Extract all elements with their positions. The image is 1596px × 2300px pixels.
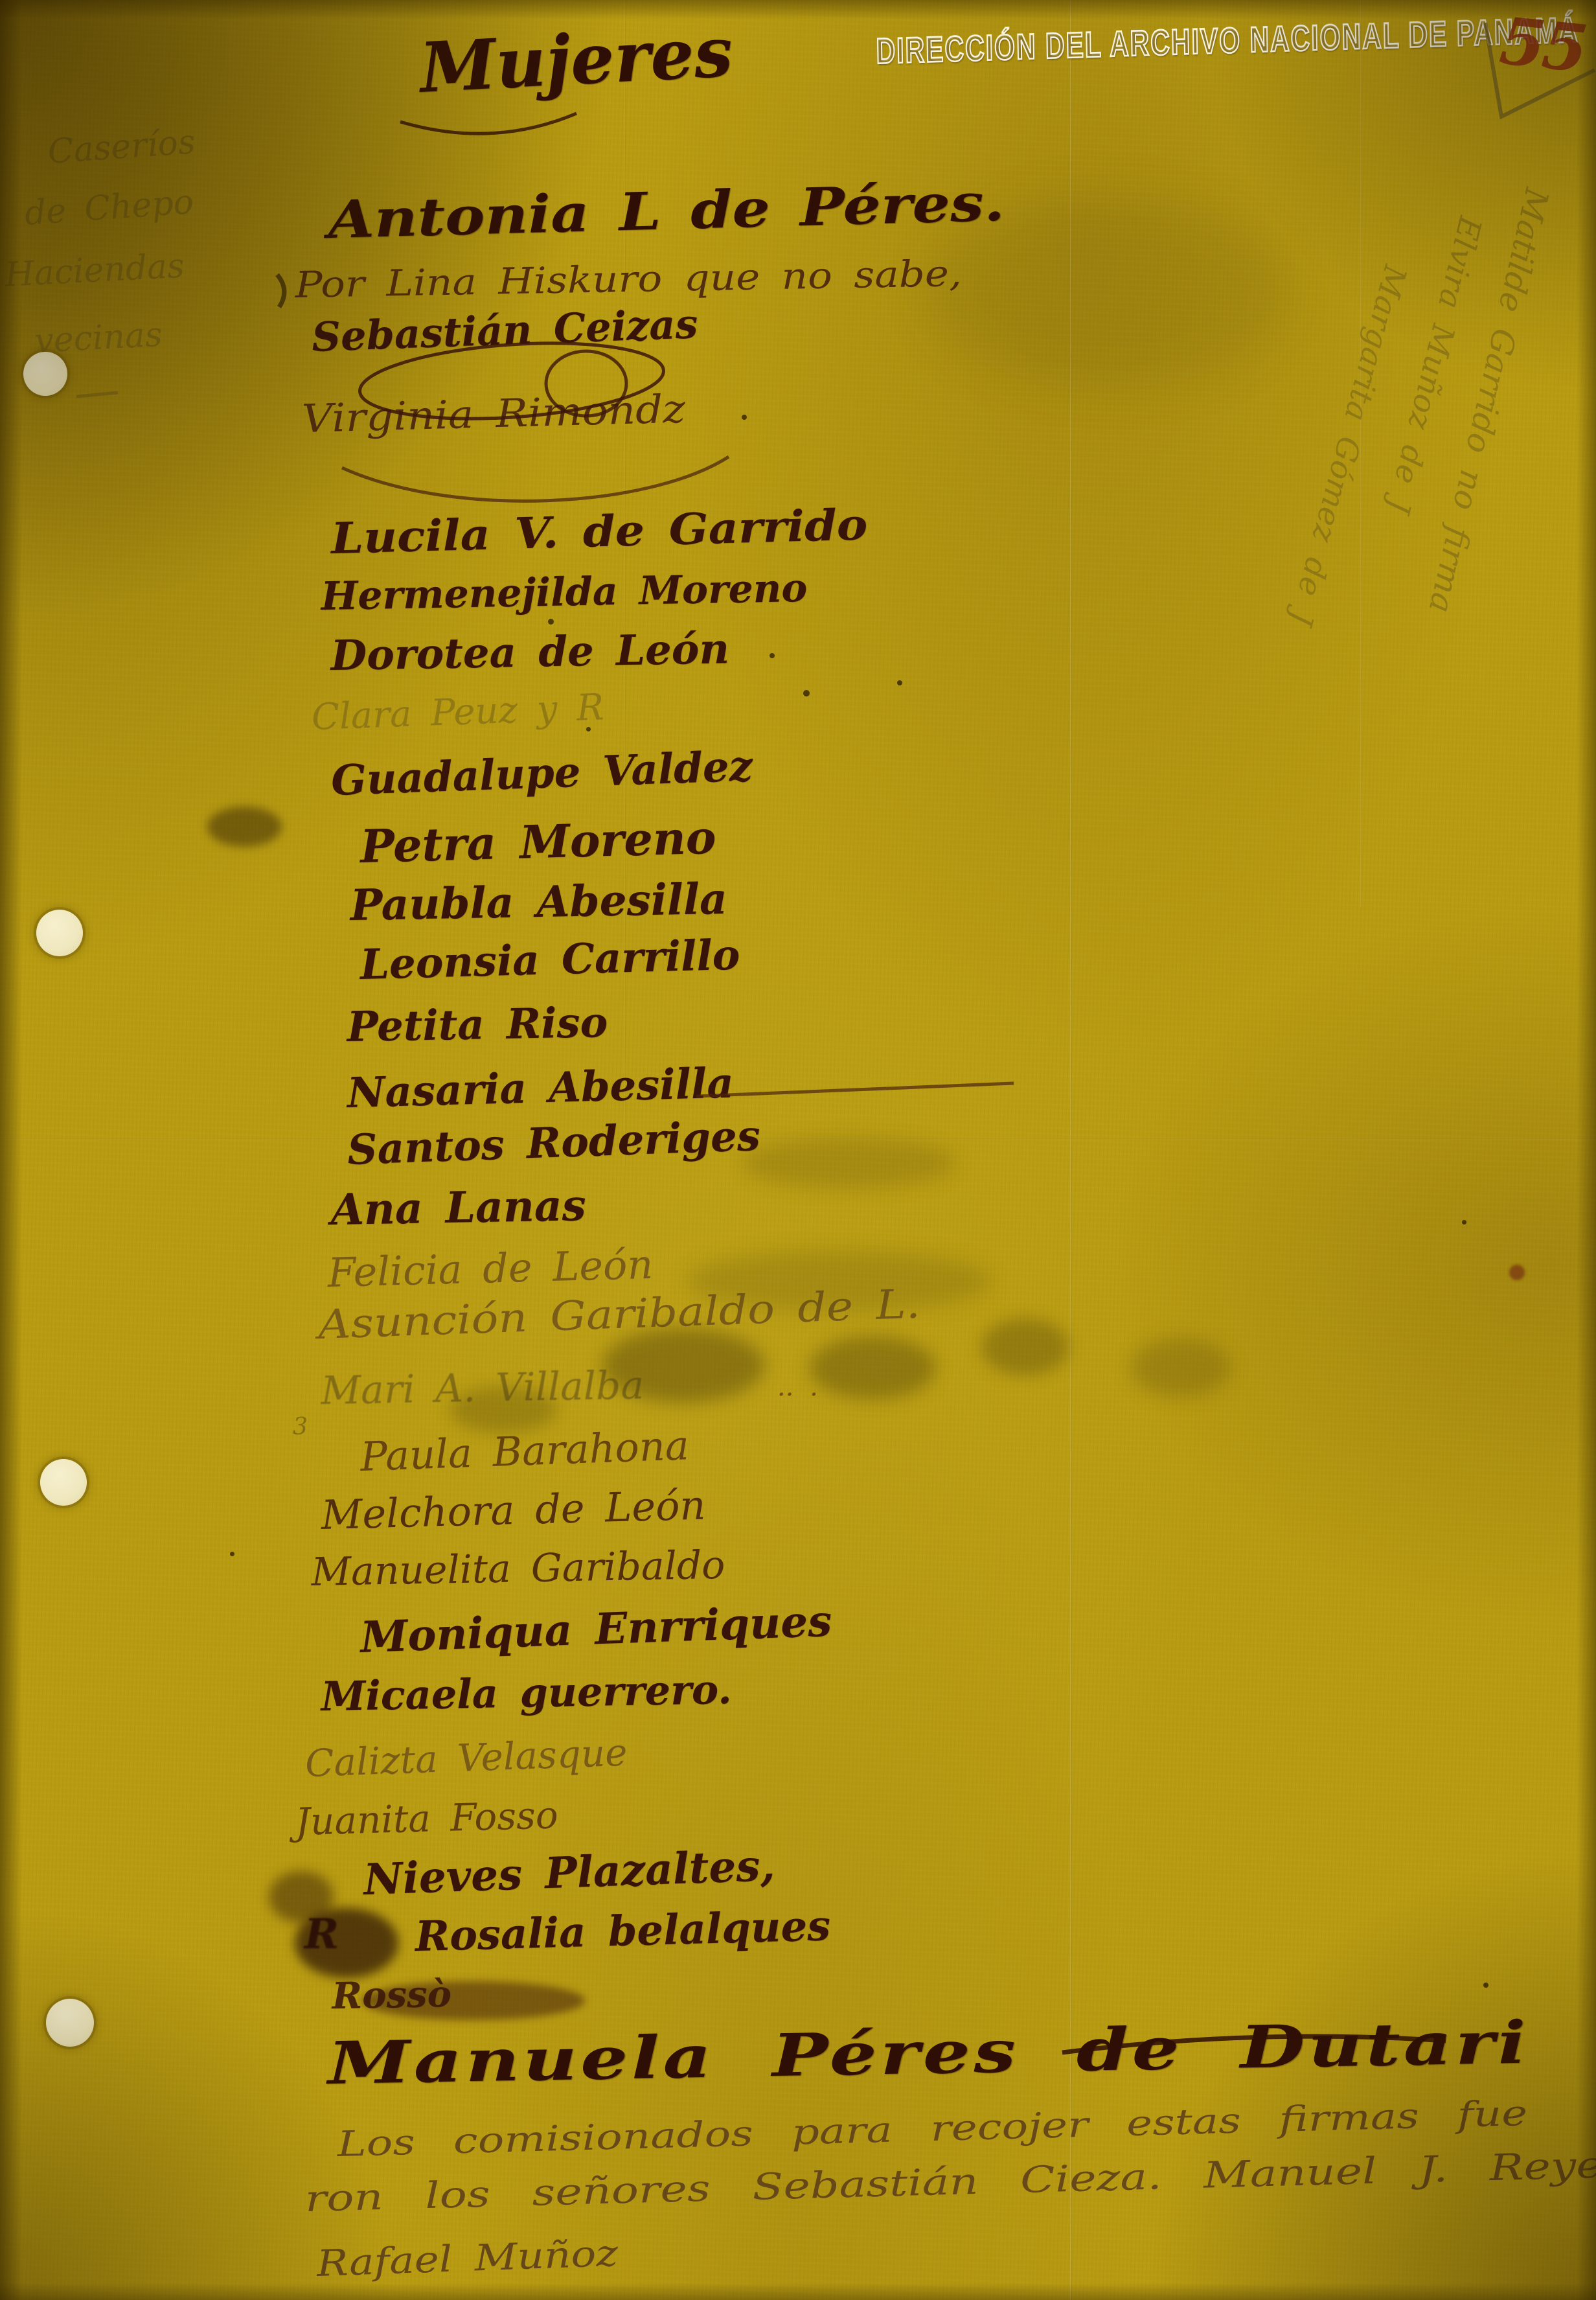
signature-entry: Petra Moreno [359, 811, 716, 873]
crease [0, 1138, 1596, 1140]
signature-entry: Juanita Fosso [295, 1793, 559, 1844]
paper-speck [769, 653, 775, 658]
ink-smudge [1130, 1338, 1231, 1397]
ink-smudge [981, 1318, 1069, 1375]
margin-mark [277, 275, 284, 307]
signature-entry: Moniqua Enrriques [359, 1596, 832, 1662]
paper-speck [803, 690, 810, 696]
signature-entry: Petita Riso [347, 998, 608, 1052]
paper-speck [230, 1552, 234, 1556]
signature-entry: Micaela guerrero. [321, 1666, 732, 1720]
signature-entry: Rosalia belalques [415, 1902, 831, 1961]
paper-speck [1483, 1983, 1488, 1988]
signature-entry: Sebastián Ceizas [311, 300, 698, 361]
signature-entry: Calizta Velasque [304, 1731, 628, 1786]
margin-note-left: Caseríos [47, 122, 196, 172]
signature-entry: Guadalupe Valdez [330, 742, 753, 805]
signature-entry: Santos Roderiges [347, 1112, 761, 1175]
margin-note-left: vecinas [34, 316, 163, 361]
signature-entry: Antonia L de Péres. [327, 172, 1005, 250]
signature-entry: Clara Peuz y R [311, 686, 604, 739]
signature-entry: Manuelita Garibaldo [311, 1543, 725, 1595]
signature-entry: Hermenejilda Moreno [321, 566, 808, 619]
hole-punch [40, 1459, 87, 1506]
signature-entry: Ana Lanas [330, 1180, 586, 1235]
rust-spot [1509, 1265, 1525, 1280]
crease [1070, 0, 1072, 2300]
signature-entry: Paula Barahona [359, 1421, 690, 1480]
closing-line: Rafael Muñoz [316, 2233, 619, 2285]
signature-entry: Melchora de León [321, 1481, 706, 1539]
margin-dash [76, 393, 118, 397]
signature-entry: Leonsia Carrillo [359, 931, 740, 989]
paper-speck [548, 619, 554, 625]
stray-mark: R [304, 1910, 339, 1959]
margin-note-right: Margarita Gómez de J [1282, 262, 1413, 630]
paper-speck [1462, 1220, 1466, 1225]
document-title: Mujeres [418, 11, 735, 108]
hole-punch [46, 1999, 94, 2047]
signature-entry: Felicia de León [327, 1241, 654, 1296]
paper-speck [897, 680, 902, 685]
signature-entry: Virginia Rimondz [301, 386, 686, 441]
signature-entry: Por Lina Hiskuro que no sabe, [295, 253, 962, 306]
signature-entry: Dorotea de León [330, 625, 730, 680]
manuscript-page: DIRECCIÓN DEL ARCHIVO NACIONAL DE PANAMÁ… [0, 0, 1596, 2300]
ink-smudge [207, 807, 282, 847]
margin-note-left: Haciendas [4, 246, 185, 294]
signature-entry: Rossò [332, 1973, 451, 2018]
signature-entry: Manuela Péres de Dutari [327, 2008, 1530, 2098]
strike-line [696, 1083, 1014, 1096]
signature-entry: Lucila V. de Garrido [330, 499, 868, 564]
stray-mark: ·· · [777, 1380, 818, 1410]
signature-entry: Mari A. Villalba [321, 1363, 644, 1414]
ink-smudge [742, 1137, 955, 1189]
signature-entry: Nieves Plazaltes, [363, 1840, 776, 1905]
stray-mark: 3 [293, 1414, 308, 1440]
ink-smudge [810, 1336, 936, 1399]
signature-flourish [342, 457, 729, 501]
signature-entry: Paubla Abesilla [350, 873, 727, 930]
title-flourish [400, 113, 576, 133]
archive-stamp: DIRECCIÓN DEL ARCHIVO NACIONAL DE PANAMÁ [876, 10, 1579, 73]
page-number: 55 [1496, 2, 1589, 87]
paper-speck [742, 415, 747, 420]
margin-note-left: de Chepo [23, 183, 195, 233]
hole-punch [36, 910, 83, 956]
signature-entry: Nasaria Abesilla [347, 1059, 735, 1118]
